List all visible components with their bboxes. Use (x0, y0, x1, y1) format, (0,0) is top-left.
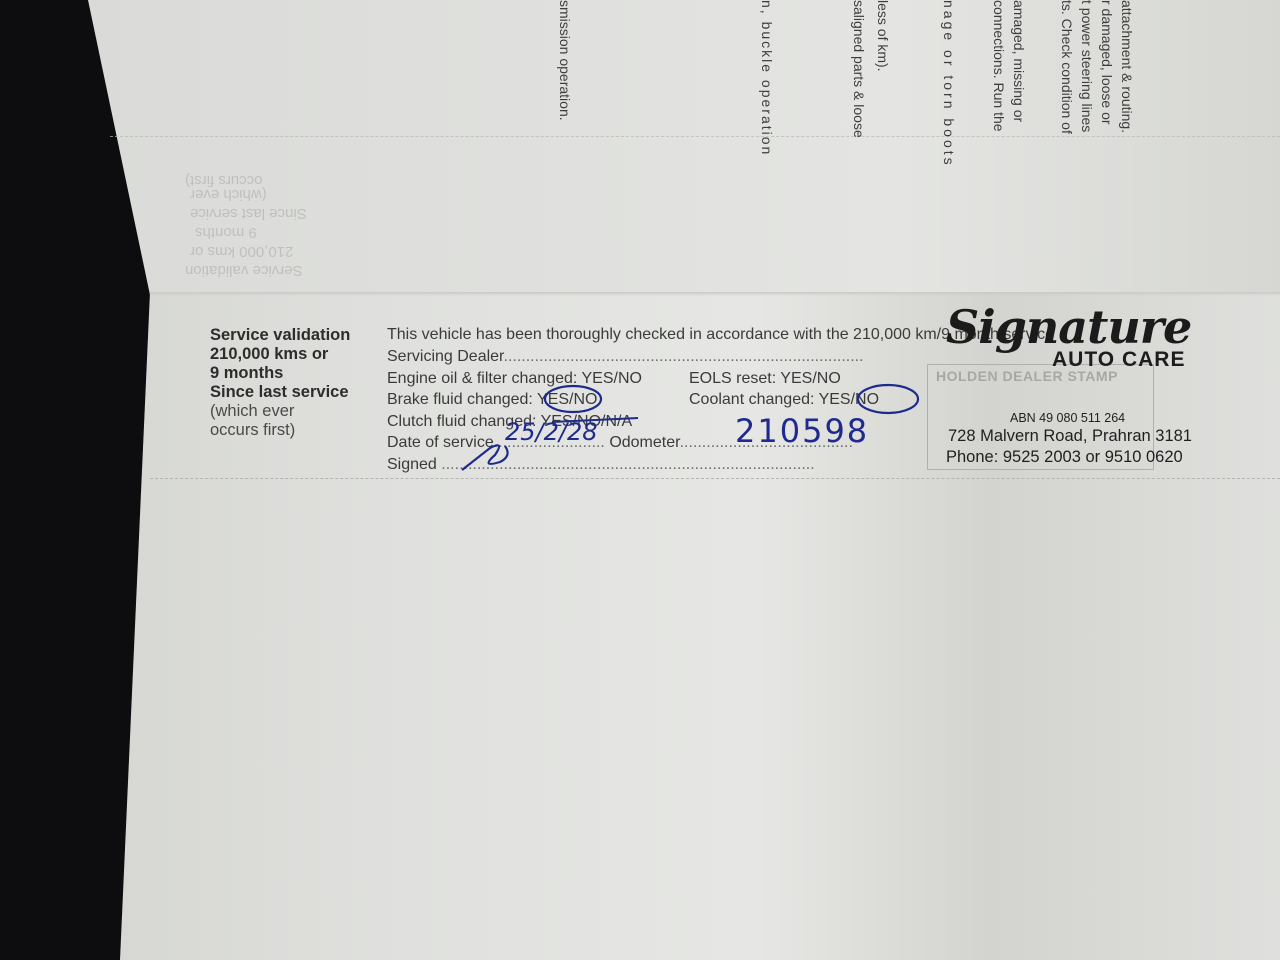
rotated-text-line: connections. Run the (990, 0, 1007, 132)
ghost-text: Service validation (185, 262, 303, 279)
servicing-dealer-label: Servicing Dealer (387, 348, 504, 365)
dealer-address: 728 Malvern Road, Prahran 3181 (948, 427, 1192, 446)
validation-heading: Since last service (210, 383, 350, 402)
ghost-text: occurs first) (185, 172, 263, 189)
validation-heading: 210,000 kms or (210, 345, 350, 364)
handwritten-date: 25/2/28 (505, 418, 598, 446)
rotated-text-line: attachment & routing. (1118, 0, 1135, 133)
fold-line (110, 136, 1280, 138)
rotated-text-line: t power steering lines (1078, 0, 1095, 132)
dotted-line: ........................................… (504, 348, 864, 365)
rotated-text-line: less of km). (874, 0, 891, 72)
validation-heading: 9 months (210, 364, 350, 383)
validation-note: (which ever (210, 402, 350, 421)
perforation-line (150, 478, 1280, 480)
rotated-text-line: amaged, missing or (1010, 0, 1027, 122)
ghost-text: 9 months (195, 224, 257, 241)
signed-label: Signed (387, 456, 437, 473)
validation-block: Service validation 210,000 kms or 9 mont… (210, 326, 350, 440)
date-label: Date of service (387, 434, 494, 451)
rotated-text-line: nage or torn boots (940, 0, 957, 168)
abn: ABN 49 080 511 264 (1010, 411, 1125, 425)
servicing-dealer-row: Servicing Dealer........................… (387, 348, 864, 366)
rotated-text-line: r damaged, loose or (1098, 0, 1115, 125)
brake-fluid-row: Brake fluid changed: YES/NO (387, 391, 598, 409)
signature-logo: Signature (946, 300, 1191, 354)
validation-heading: Service validation (210, 326, 350, 345)
rotated-text-line: n, buckle operation (758, 0, 775, 156)
validation-note: occurs first) (210, 421, 350, 440)
rotated-text-line: smission operation. (556, 0, 573, 121)
ghost-text: 210,000 kms or (190, 243, 293, 260)
handwritten-odometer: 210598 (735, 412, 869, 450)
signed-row: Signed .................................… (387, 456, 815, 474)
eols-row: EOLS reset: YES/NO (689, 370, 841, 388)
dotted-line: ........................................… (441, 456, 814, 473)
dealer-phone: Phone: 9525 2003 or 9510 0620 (946, 448, 1183, 467)
page-edge-shadow (150, 292, 1280, 296)
coolant-row: Coolant changed: YES/NO (689, 391, 879, 409)
odometer-label: Odometer (609, 434, 679, 451)
rotated-text-line: ts. Check condition of (1058, 0, 1075, 134)
auto-care-label: AUTO CARE (1052, 348, 1185, 372)
rotated-text-line: saligned parts & loose (850, 0, 867, 138)
engine-oil-row: Engine oil & filter changed: YES/NO (387, 370, 642, 388)
ghost-text: Since last service (190, 205, 307, 222)
